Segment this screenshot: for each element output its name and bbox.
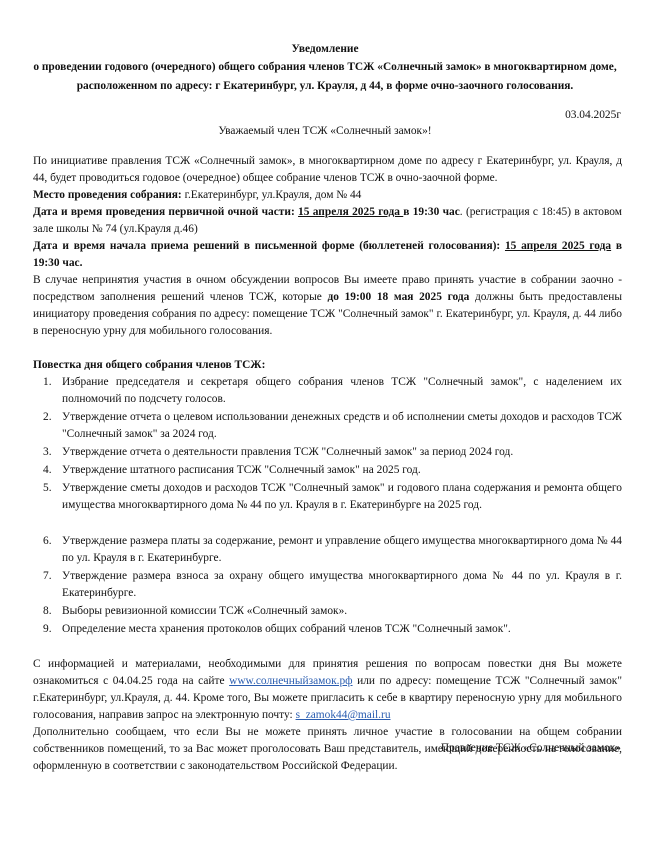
in-person-label: Дата и время проведения первичной очной … bbox=[33, 206, 298, 218]
agenda-item-number: 7. bbox=[43, 568, 52, 585]
written-date: 15 апреля 2025 года bbox=[505, 240, 611, 252]
written-schedule: Дата и время начала приема решений в пис… bbox=[33, 238, 622, 272]
agenda-item-text: Утверждение отчета о целевом использован… bbox=[62, 411, 622, 440]
agenda-item-text: Утверждение штатного расписания ТСЖ "Сол… bbox=[62, 464, 421, 476]
intro-paragraph: По инициативе правления ТСЖ «Солнечный з… bbox=[33, 153, 622, 187]
agenda-item-text: Избрание председателя и секретаря общего… bbox=[62, 376, 622, 405]
agenda-item: 5.Утверждение сметы доходов и расходов Т… bbox=[33, 480, 622, 514]
agenda-item-text: Утверждение размера платы за содержание,… bbox=[62, 535, 622, 564]
in-person-schedule: Дата и время проведения первичной очной … bbox=[33, 204, 622, 238]
in-person-time: в 19:30 час bbox=[403, 206, 460, 218]
written-label: Дата и время начала приема решений в пис… bbox=[33, 240, 505, 252]
agenda-item-number: 9. bbox=[43, 621, 52, 638]
agenda-item-number: 4. bbox=[43, 462, 52, 479]
agenda-item-text: Определение места хранения протоколов об… bbox=[62, 623, 511, 635]
agenda-item-number: 1. bbox=[43, 374, 52, 391]
agenda-item-number: 6. bbox=[43, 533, 52, 550]
agenda-list: 1.Избрание председателя и секретаря обще… bbox=[33, 374, 622, 638]
meeting-place-label: Место проведения собрания: bbox=[33, 189, 182, 201]
agenda-item-text: Утверждение размера взноса за охрану общ… bbox=[62, 570, 622, 599]
agenda-item: 3.Утверждение отчета о деятельности прав… bbox=[33, 444, 622, 461]
meeting-place-value: г.Екатеринбург, ул.Крауля, дом № 44 bbox=[182, 189, 362, 201]
agenda-item-number: 8. bbox=[43, 603, 52, 620]
email-link[interactable]: s_zamok44@mail.ru bbox=[296, 709, 391, 721]
agenda-item: 9.Определение места хранения протоколов … bbox=[33, 621, 622, 638]
notice-page: Уведомление о проведении годового (очере… bbox=[0, 0, 650, 841]
document-title: Уведомление bbox=[0, 41, 650, 58]
signature: Правление ТСЖ «Солнечный замок» bbox=[441, 740, 621, 757]
agenda-item-number: 5. bbox=[43, 480, 52, 497]
agenda-item-number: 2. bbox=[43, 409, 52, 426]
agenda-item: 4.Утверждение штатного расписания ТСЖ "С… bbox=[33, 462, 622, 479]
agenda-item-text: Утверждение отчета о деятельности правле… bbox=[62, 446, 513, 458]
in-person-date: 15 апреля 2025 года bbox=[298, 206, 403, 218]
document-subtitle: о проведении годового (очередного) общег… bbox=[30, 58, 620, 96]
agenda-item-text: Выборы ревизионной комиссии ТСЖ «Солнечн… bbox=[62, 605, 347, 617]
agenda-item: 1.Избрание председателя и секретаря обще… bbox=[33, 374, 622, 408]
agenda-item: 8.Выборы ревизионной комиссии ТСЖ «Солне… bbox=[33, 603, 622, 620]
info-paragraph: С информацией и материалами, необходимым… bbox=[33, 656, 622, 724]
document-body: По инициативе правления ТСЖ «Солнечный з… bbox=[33, 153, 622, 775]
meeting-place: Место проведения собрания: г.Екатеринбур… bbox=[33, 187, 622, 204]
spacer bbox=[33, 515, 622, 533]
agenda-item: 6.Утверждение размера платы за содержани… bbox=[33, 533, 622, 567]
agenda-item: 7.Утверждение размера взноса за охрану о… bbox=[33, 568, 622, 602]
agenda-item-text: Утверждение сметы доходов и расходов ТСЖ… bbox=[62, 482, 622, 511]
absentee-paragraph: В случае непринятия участия в очном обсу… bbox=[33, 272, 622, 340]
agenda-item-number: 3. bbox=[43, 444, 52, 461]
absentee-deadline: до 19:00 18 мая 2025 года bbox=[327, 291, 469, 303]
document-date: 03.04.2025г bbox=[565, 107, 621, 124]
agenda-title: Повестка дня общего собрания членов ТСЖ: bbox=[33, 357, 622, 374]
website-link[interactable]: www.солнечныйзамок.рф bbox=[229, 675, 352, 687]
greeting: Уважаемый член ТСЖ «Солнечный замок»! bbox=[0, 123, 650, 140]
agenda-item: 2.Утверждение отчета о целевом использов… bbox=[33, 409, 622, 443]
